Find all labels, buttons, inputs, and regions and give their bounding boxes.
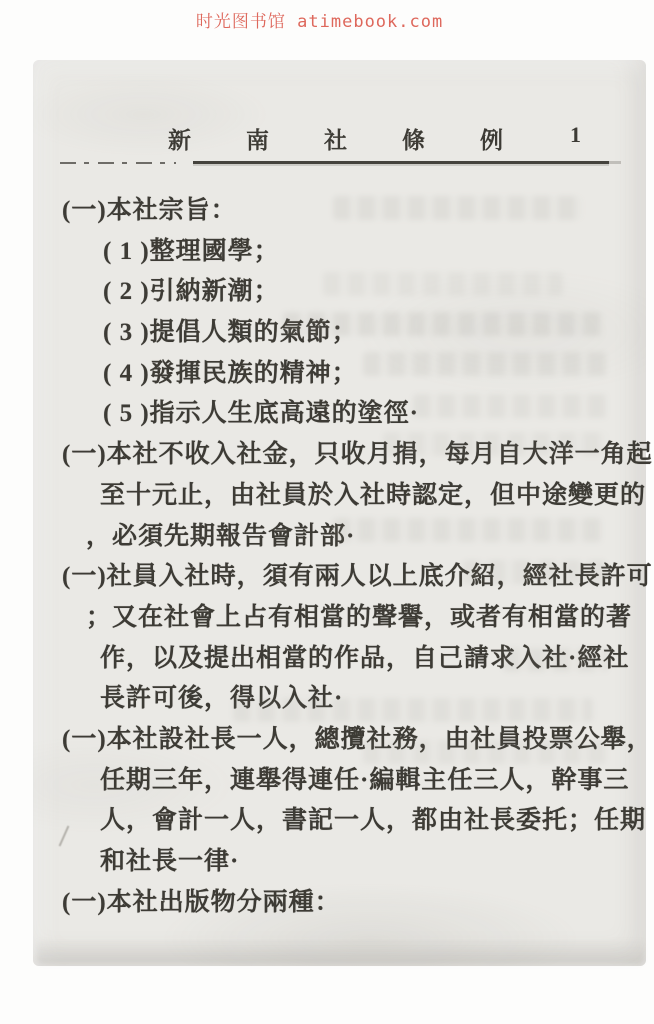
header-title-char: 例 bbox=[480, 122, 503, 155]
text-line: ，必須先期報告會計部· bbox=[62, 517, 640, 558]
page-bottom-shading bbox=[37, 938, 644, 964]
header-rule-solid-segment bbox=[193, 161, 609, 164]
scan-canvas: 时光图书馆 atimebook.com 新 南 社 條 例 1 bbox=[0, 0, 654, 1024]
text-line: (一)本社設社長一人，總攬社務，由社員投票公舉， bbox=[62, 720, 640, 761]
text-line: ；又在社會上占有相當的聲譽，或者有相當的著 bbox=[62, 598, 640, 639]
header-title-char: 新 bbox=[168, 122, 191, 155]
header-rule-dashed-segment bbox=[60, 162, 176, 164]
page-number: 1 bbox=[570, 122, 581, 148]
text-line: (一)社員入社時，須有兩人以上底介紹，經社長許可 bbox=[62, 557, 640, 598]
header-title-char: 南 bbox=[246, 122, 269, 155]
text-line: ( 5 )指示人生底高遠的塗徑· bbox=[62, 394, 640, 435]
text-line: ( 2 )引納新潮； bbox=[62, 272, 640, 313]
header-title-char: 社 bbox=[324, 122, 347, 155]
running-head: 新 南 社 條 例 1 bbox=[33, 122, 646, 152]
header-title-char: 條 bbox=[402, 122, 425, 155]
book-page: 新 南 社 條 例 1 (一)本社宗旨： ( 1 )整理國學； bbox=[33, 60, 646, 966]
header-rule bbox=[33, 161, 646, 165]
text-line: 人，會計一人，書記一人，都由社長委托；任期 bbox=[62, 801, 640, 842]
text-line: 作，以及提出相當的作品，自己請求入社·經社 bbox=[62, 639, 640, 680]
library-watermark: 时光图书馆 atimebook.com bbox=[196, 7, 443, 32]
text-line: 至十元止，由社員於入社時認定，但中途變更的 bbox=[62, 476, 640, 517]
text-line: (一)本社出版物分兩種： bbox=[62, 883, 640, 924]
text-line: 長許可後，得以入社· bbox=[62, 679, 640, 720]
text-line: ( 3 )提倡人類的氣節； bbox=[62, 313, 640, 354]
text-line: (一)本社不收入社金，只收月捐，每月自大洋一角起 bbox=[62, 435, 640, 476]
text-line: ( 1 )整理國學； bbox=[62, 232, 640, 273]
text-line: 和社長一律· bbox=[62, 842, 640, 883]
text-line: (一)本社宗旨： bbox=[62, 191, 640, 232]
text-line: 任期三年，連舉得連任·編輯主任三人，幹事三 bbox=[62, 761, 640, 802]
text-line: ( 4 )發揮民族的精神； bbox=[62, 354, 640, 395]
page-header-title: 新 南 社 條 例 bbox=[168, 122, 503, 155]
page-body-text: (一)本社宗旨： ( 1 )整理國學； ( 2 )引納新潮； ( 3 )提倡人類… bbox=[62, 191, 640, 923]
